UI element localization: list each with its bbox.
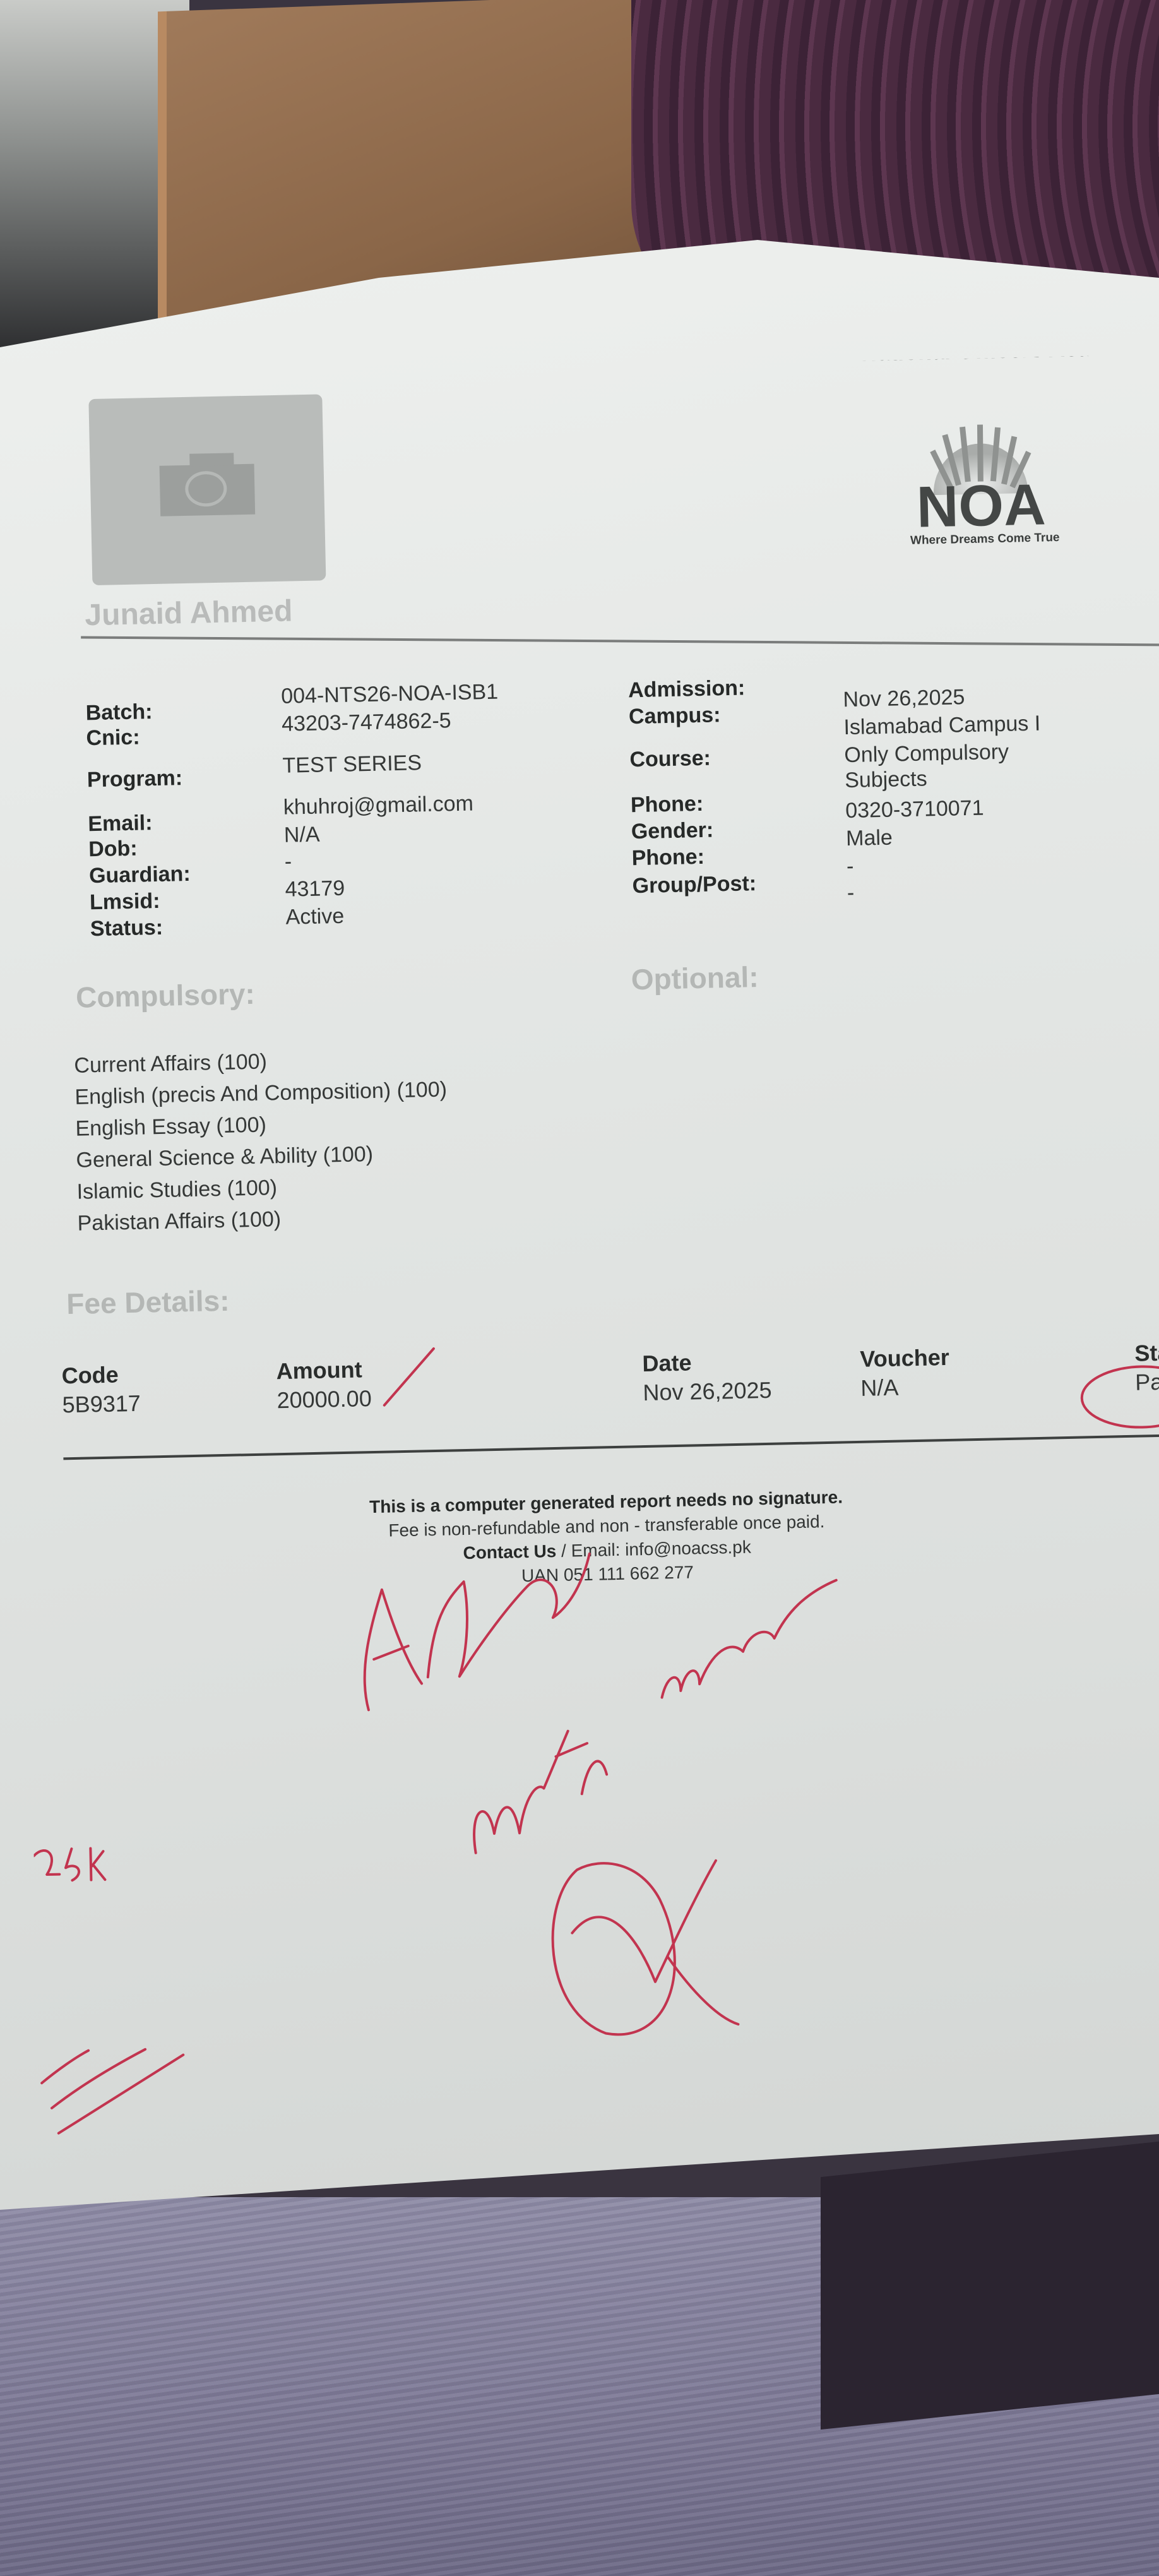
optional-heading: Optional: [631, 960, 759, 996]
value-email: khuhroj@gmail.com [283, 790, 474, 820]
background-shadow [821, 2142, 1159, 2430]
fee-status: Paid [1135, 1368, 1159, 1396]
label-phone-2: Phone: [631, 844, 704, 871]
value-guardian: - [284, 849, 292, 874]
value-phone: 0320-3710071 [845, 796, 984, 824]
label-batch: Batch: [85, 699, 153, 725]
student-photo-placeholder [88, 394, 326, 585]
label-program: Program: [87, 765, 183, 792]
report-footer: This is a computer generated report need… [27, 1478, 1159, 1598]
divider [63, 1434, 1159, 1460]
fee-voucher: N/A [860, 1374, 899, 1402]
value-program: TEST SERIES [282, 750, 422, 778]
signature [551, 1860, 739, 2036]
label-status: Status: [90, 915, 163, 941]
fee-date: Nov 26,2025 [643, 1377, 772, 1406]
value-gender: Male [846, 825, 893, 852]
divider [81, 636, 1159, 646]
fee-col-code: Code [61, 1361, 119, 1389]
checkmark-icon [383, 1349, 435, 1405]
value-dob: N/A [283, 822, 320, 848]
fee-table: Code Amount Date Voucher Status 5B9317 2… [61, 1339, 1159, 1363]
label-guardian: Guardian: [89, 861, 191, 888]
label-email: Email: [88, 810, 153, 837]
report-content: National Officers Academy NOA Where Drea… [0, 216, 1159, 2210]
label-lmsid: Lmsid: [90, 888, 160, 915]
value-admission: Nov 26,2025 [843, 684, 965, 712]
fee-code: 5B9317 [62, 1390, 141, 1419]
fee-details-heading: Fee Details: [66, 1284, 230, 1321]
handwritten-word [472, 1730, 609, 1852]
fee-col-voucher: Voucher [860, 1344, 949, 1373]
value-batch: 004-NTS26-NOA-ISB1 [281, 679, 499, 709]
contact-email: / Email: info@noacss.pk [556, 1537, 751, 1561]
fee-amount: 20000.00 [276, 1385, 372, 1414]
value-group-post: - [847, 880, 855, 905]
compulsory-subject-list: Current Affairs (100) English (precis An… [74, 1042, 450, 1239]
value-campus: Islamabad Campus I [843, 711, 1041, 741]
value-status: Active [285, 903, 344, 930]
logo-arc-text: National Officers Academy [861, 356, 1092, 366]
fee-col-amount: Amount [276, 1356, 362, 1385]
label-cnic: Cnic: [86, 725, 140, 751]
label-gender: Gender: [631, 818, 713, 845]
value-phone-2: - [847, 854, 854, 879]
fee-col-status: Status [1134, 1339, 1159, 1366]
compulsory-heading: Compulsory: [76, 977, 256, 1015]
contact-label: Contact Us [463, 1541, 556, 1563]
report-paper: National Officers Academy NOA Where Drea… [0, 240, 1159, 2210]
student-name: Junaid Ahmed [85, 593, 293, 633]
label-course: Course: [629, 746, 711, 773]
value-lmsid: 43179 [285, 876, 345, 902]
camera-icon [160, 463, 256, 516]
label-campus: Campus: [629, 702, 721, 729]
logo-tagline: Where Dreams Come True [910, 531, 1060, 547]
academy-logo: National Officers Academy NOA Where Drea… [861, 356, 1092, 550]
margin-note [41, 2049, 185, 2134]
handwritten-word [660, 1580, 839, 1698]
margin-note-25k [33, 1848, 105, 1881]
value-cnic: 43203-7474862-5 [282, 708, 451, 737]
label-group-post: Group/Post: [632, 871, 756, 898]
label-dob: Dob: [88, 836, 138, 862]
fee-col-date: Date [642, 1349, 692, 1377]
label-phone: Phone: [631, 791, 704, 818]
logo-monogram: NOA [916, 472, 1047, 539]
value-course: Only Compulsory Subjects [844, 738, 1047, 793]
label-admission: Admission: [628, 675, 746, 703]
student-details: Batch: Cnic: Program: Email: Dob: Guardi… [78, 652, 1151, 674]
